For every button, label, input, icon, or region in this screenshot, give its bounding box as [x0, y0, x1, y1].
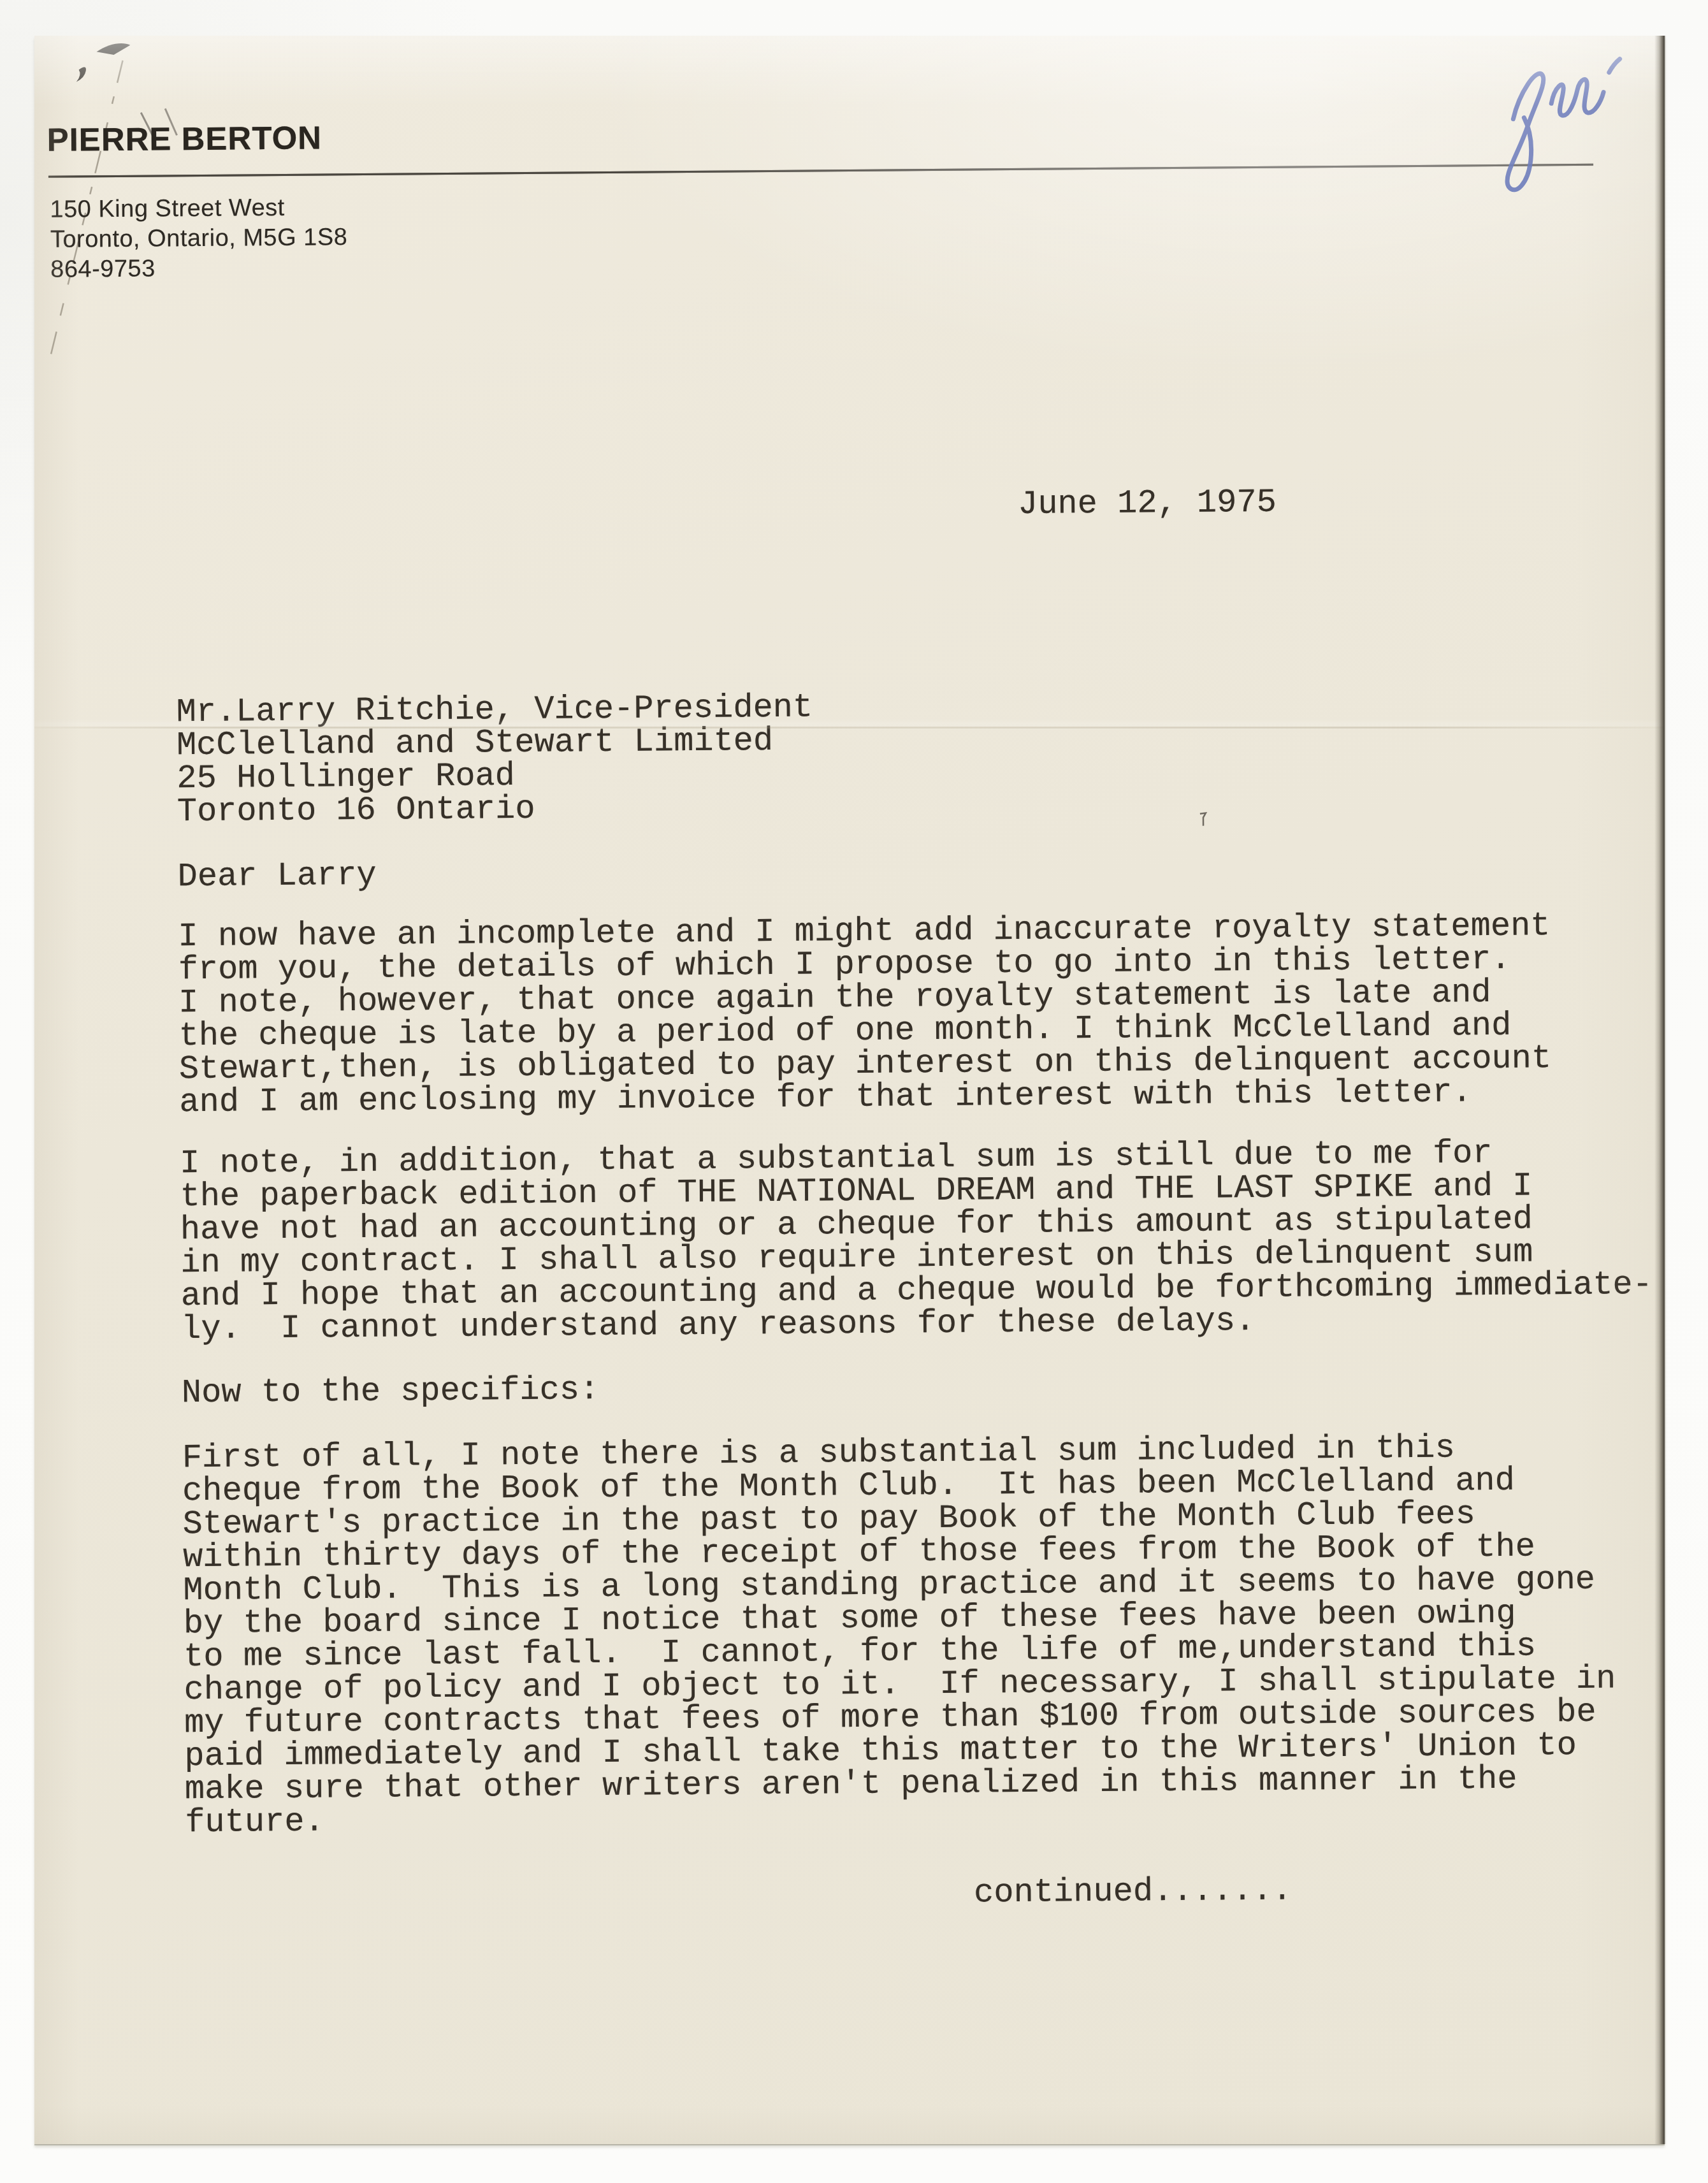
handwritten-ink-note-icon: [1491, 54, 1645, 203]
body-paragraph-3: First of all, I note there is a substant…: [182, 1431, 1618, 1840]
scan-skew-wrapper: PIERRE BERTON 150 King Street West Toron…: [34, 36, 1665, 2144]
letter-date: June 12, 1975: [1018, 486, 1277, 521]
salutation: Dear Larry: [177, 859, 376, 894]
letterhead-address: 150 King Street West Toronto, Ontario, M…: [50, 192, 348, 285]
body-paragraph-1: I now have an incomplete and I might add…: [178, 910, 1552, 1119]
letterhead-name: PIERRE BERTON: [47, 120, 322, 157]
body-paragraph-2: I note, in addition, that a substantial …: [180, 1136, 1653, 1346]
letterhead-divider: [48, 164, 1593, 178]
letter-paper: PIERRE BERTON 150 King Street West Toron…: [34, 36, 1665, 2144]
ink-speck: [1199, 812, 1208, 831]
continuation-marker: continued.......: [974, 1875, 1292, 1910]
paper-edge-shadow: [1654, 36, 1665, 2144]
recipient-address: Mr.Larry Ritchie, Vice-President McClell…: [176, 691, 813, 829]
specifics-heading: Now to the specifics:: [182, 1374, 600, 1410]
fold-crease: [34, 727, 1665, 729]
